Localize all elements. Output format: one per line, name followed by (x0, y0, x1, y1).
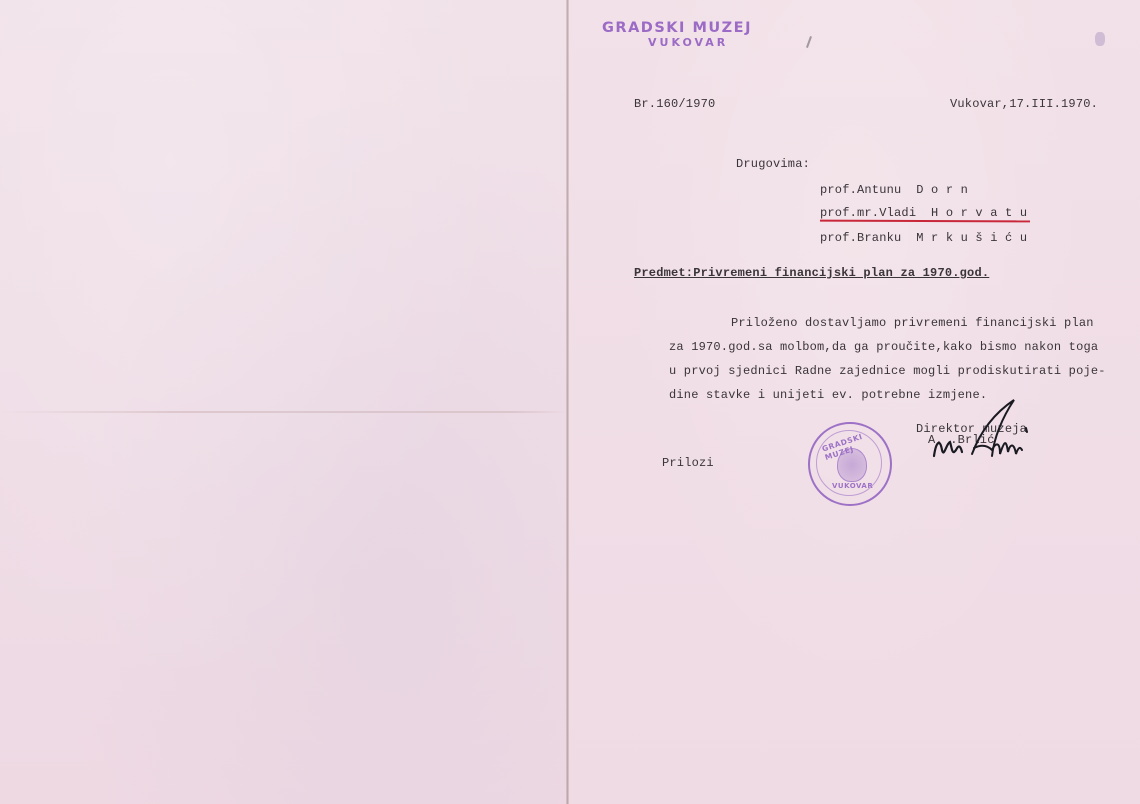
seal-bottom-text: VUKOVAR (832, 482, 873, 490)
paper-fold-line (0, 411, 568, 413)
reference-number: Br.160/1970 (634, 97, 715, 111)
place-date: Vukovar,17.III.1970. (950, 97, 1098, 111)
attachments-label: Prilozi (662, 456, 714, 470)
letterhead-stamp: GRADSKI MUZEJ VUKOVAR (602, 20, 752, 49)
ink-smudge (1095, 32, 1105, 46)
page-spine (566, 0, 569, 804)
left-page-blank (0, 0, 568, 804)
letterhead-name: GRADSKI MUZEJ (602, 20, 752, 36)
right-page-letter (568, 0, 1140, 804)
museum-seal-stamp: GRADSKI MUZEJ VUKOVAR (808, 422, 892, 506)
subject-line: Predmet:Privremeni financijski plan za 1… (634, 266, 989, 280)
coat-of-arms-icon (837, 448, 867, 482)
document-spread: GRADSKI MUZEJ VUKOVAR Br.160/1970 Vukova… (0, 0, 1140, 804)
salutation: Drugovima: (736, 157, 810, 171)
letterhead-city: VUKOVAR (638, 36, 752, 49)
recipient-1: prof.Antunu D o r n (820, 183, 968, 197)
recipient-3: prof.Branku M r k u š i ć u (820, 231, 1027, 245)
body-line-1: Priloženo dostavljamo privremeni financi… (731, 316, 1094, 330)
recipient-2: prof.mr.Vladi H o r v a t u (820, 206, 1027, 220)
body-line-3: u prvoj sjednici Radne zajednice mogli p… (669, 364, 1106, 378)
body-line-2: za 1970.god.sa molbom,da ga proučite,kak… (669, 340, 1098, 354)
handwritten-signature-icon (930, 398, 1030, 462)
